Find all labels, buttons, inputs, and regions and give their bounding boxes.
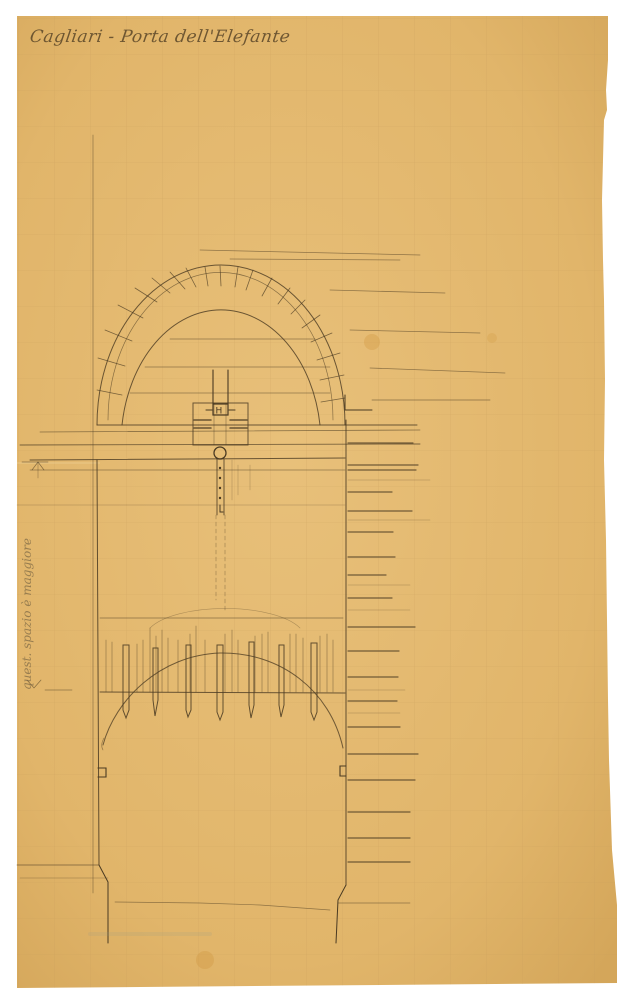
side-annotation: quest. spazio è maggiore xyxy=(20,460,34,690)
winch-mark: H xyxy=(216,407,223,417)
sketch-page: H xyxy=(0,0,629,1000)
sketch-drawing: H xyxy=(0,0,629,1000)
sketch-caption: Cagliari - Porta dell'Elefante xyxy=(29,27,292,47)
